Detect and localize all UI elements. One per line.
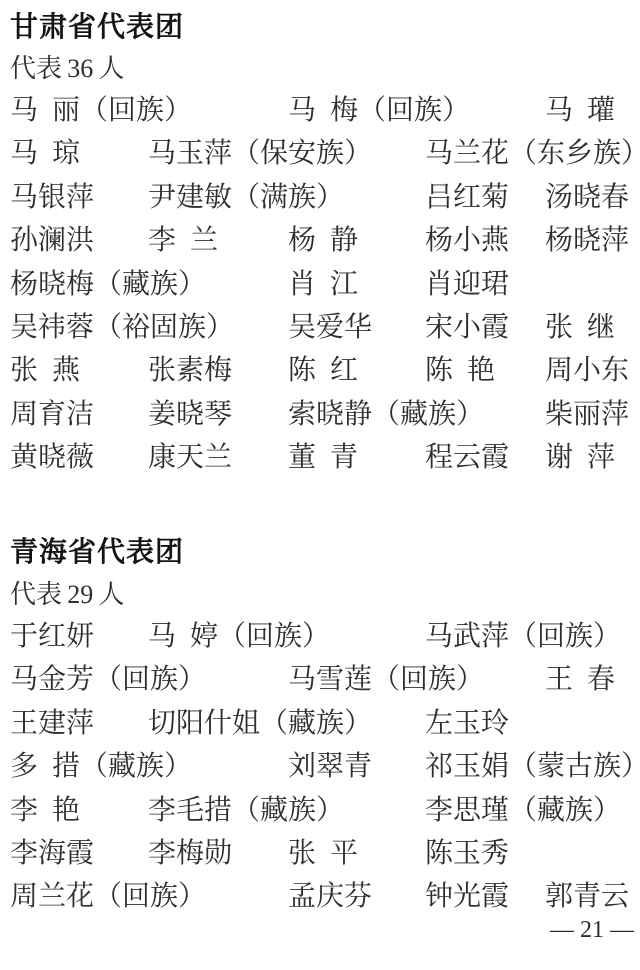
section-title-gansu: 甘肃省代表团	[10, 12, 184, 42]
delegate-name: 李 艳	[10, 796, 80, 826]
delegate-name: 姜晓琴	[148, 400, 232, 430]
delegate-name: 孟庆芬	[288, 882, 372, 912]
delegate-name: 尹建敏（满族）	[148, 183, 344, 213]
delegate-name: 张素梅	[148, 356, 232, 386]
delegate-row: 张 燕张素梅陈 红陈 艳周小东	[0, 356, 640, 399]
delegate-name: 周育洁	[10, 400, 94, 430]
delegate-row: 周育洁姜晓琴索晓静（藏族）柴丽萍	[0, 400, 640, 443]
delegate-row: 孙澜洪李 兰杨 静杨小燕杨晓萍	[0, 226, 640, 269]
delegate-row: 马 丽（回族）马 梅（回族）马 瓘	[0, 96, 640, 139]
delegate-name: 马金芳（回族）	[10, 665, 206, 695]
delegate-name: 程云霞	[425, 443, 509, 473]
delegate-name: 陈 艳	[425, 356, 495, 386]
delegate-row: 马金芳（回族）马雪莲（回族）王 春	[0, 665, 640, 708]
delegate-name: 谢 萍	[545, 443, 615, 473]
delegate-name: 张 燕	[10, 356, 80, 386]
delegate-row: 李 艳李毛措（藏族）李思瑾（藏族）	[0, 796, 640, 839]
delegate-name: 马银萍	[10, 183, 94, 213]
delegate-name: 于红妍	[10, 622, 94, 652]
delegate-name: 李思瑾（藏族）	[425, 796, 621, 826]
delegate-name: 杨 静	[288, 226, 358, 256]
delegate-count-gansu: 代表 36 人	[10, 54, 124, 84]
delegate-name: 王 春	[545, 665, 615, 695]
delegate-name: 张 继	[545, 313, 615, 343]
delegate-name: 马兰花（东乡族）	[425, 139, 640, 169]
delegate-row: 王建萍切阳什姐（藏族）左玉玲	[0, 709, 640, 752]
delegate-name: 切阳什姐（藏族）	[148, 709, 372, 739]
delegate-name: 李梅勋	[148, 839, 232, 869]
delegate-name: 李 兰	[148, 226, 218, 256]
delegate-name: 李海霞	[10, 839, 94, 869]
delegate-name: 张 平	[288, 839, 358, 869]
delegate-name: 祁玉娟（蒙古族）	[425, 752, 640, 782]
delegate-name: 马 梅（回族）	[288, 96, 470, 126]
delegate-name: 周小东	[545, 356, 629, 386]
delegate-name: 多 措（藏族）	[10, 752, 192, 782]
delegate-row: 马 琼马玉萍（保安族）马兰花（东乡族）	[0, 139, 640, 182]
delegate-row: 吴祎蓉（裕固族）吴爱华宋小霞张 继	[0, 313, 640, 356]
delegate-name: 马 婷（回族）	[148, 622, 330, 652]
delegate-name: 吴爱华	[288, 313, 372, 343]
delegate-row: 周兰花（回族）孟庆芬钟光霞郭青云	[0, 882, 640, 925]
delegate-name: 马雪莲（回族）	[288, 665, 484, 695]
delegate-name: 吴祎蓉（裕固族）	[10, 313, 234, 343]
delegate-name: 马 琼	[10, 139, 80, 169]
delegate-name: 肖 江	[288, 270, 358, 300]
delegate-row: 杨晓梅（藏族）肖 江肖迎珺	[0, 270, 640, 313]
delegate-row: 黄晓薇康天兰董 青程云霞谢 萍	[0, 443, 640, 486]
delegate-count-qinghai: 代表 29 人	[10, 580, 124, 610]
delegate-name: 董 青	[288, 443, 358, 473]
delegate-name: 汤晓春	[545, 183, 629, 213]
page-number: — 21 —	[550, 916, 634, 944]
delegate-name: 王建萍	[10, 709, 94, 739]
delegate-row: 多 措（藏族）刘翠青祁玉娟（蒙古族）	[0, 752, 640, 795]
delegate-row: 马银萍尹建敏（满族）吕红菊汤晓春	[0, 183, 640, 226]
delegate-name: 马 丽（回族）	[10, 96, 192, 126]
delegate-name: 杨小燕	[425, 226, 509, 256]
delegate-name: 钟光霞	[425, 882, 509, 912]
delegate-name: 郭青云	[545, 882, 629, 912]
delegate-row: 于红妍马 婷（回族）马武萍（回族）	[0, 622, 640, 665]
delegate-name: 康天兰	[148, 443, 232, 473]
delegate-row: 李海霞李梅勋张 平陈玉秀	[0, 839, 640, 882]
delegate-name: 肖迎珺	[425, 270, 509, 300]
delegate-name: 马武萍（回族）	[425, 622, 621, 652]
delegate-name: 柴丽萍	[545, 400, 629, 430]
delegate-name: 黄晓薇	[10, 443, 94, 473]
delegate-name: 刘翠青	[288, 752, 372, 782]
delegate-name: 索晓静（藏族）	[288, 400, 484, 430]
delegate-name: 陈玉秀	[425, 839, 509, 869]
delegate-name: 马玉萍（保安族）	[148, 139, 372, 169]
delegate-name: 周兰花（回族）	[10, 882, 206, 912]
delegate-name: 杨晓萍	[545, 226, 629, 256]
delegate-name: 李毛措（藏族）	[148, 796, 344, 826]
document-page: 甘肃省代表团 代表 36 人 马 丽（回族）马 梅（回族）马 瓘马 琼马玉萍（保…	[0, 0, 640, 970]
delegate-name: 宋小霞	[425, 313, 509, 343]
delegate-name: 陈 红	[288, 356, 358, 386]
section-title-qinghai: 青海省代表团	[10, 537, 184, 567]
delegate-name: 孙澜洪	[10, 226, 94, 256]
delegate-name: 杨晓梅（藏族）	[10, 270, 206, 300]
delegate-name: 马 瓘	[545, 96, 615, 126]
delegate-name: 吕红菊	[425, 183, 509, 213]
delegate-name: 左玉玲	[425, 709, 509, 739]
